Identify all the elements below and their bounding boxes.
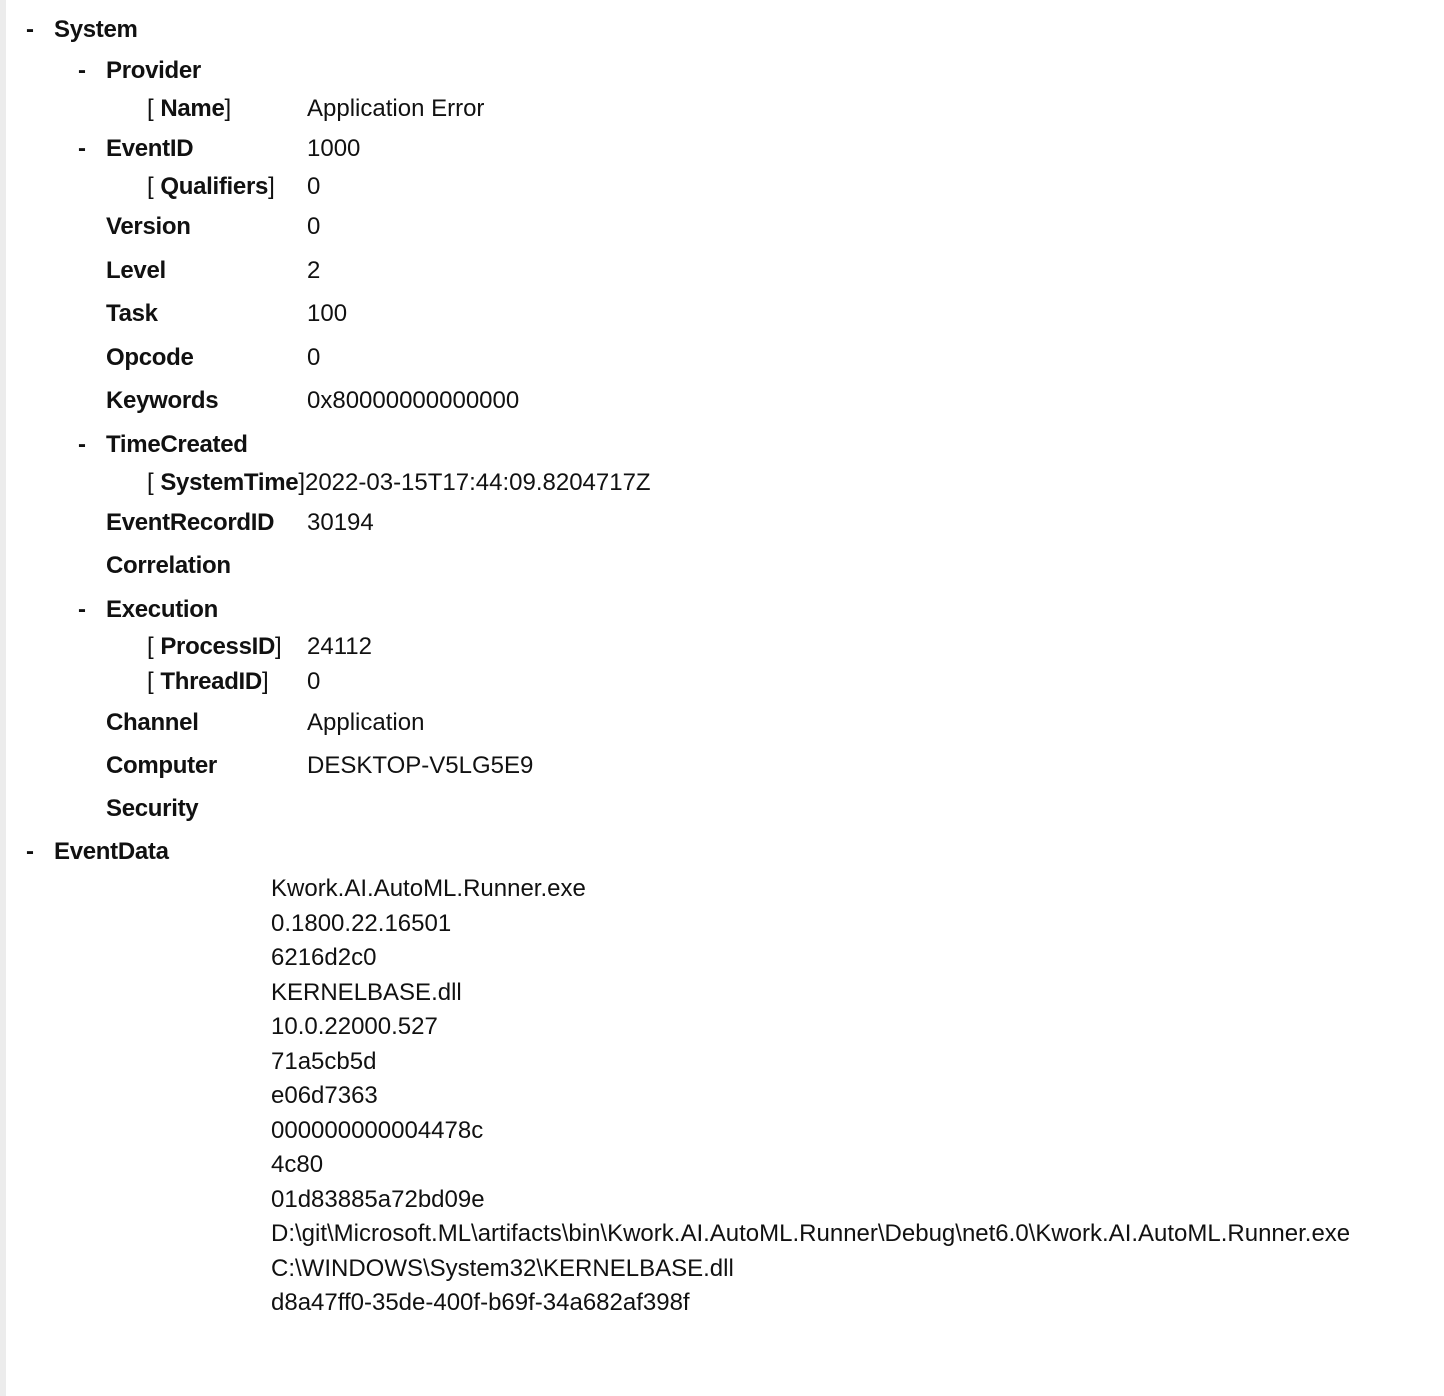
node-label: TimeCreated [106,430,248,460]
bracket-close: ] [262,668,269,695]
attr-label: SystemTime [160,469,298,496]
attr-value: 0 [307,172,320,202]
node-label: Version [106,212,191,242]
attr-label: ThreadID [160,668,262,695]
eventdata-value: 10.0.22000.527 [271,1012,438,1042]
eventdata-value: 0.1800.22.16501 [271,909,451,939]
node-label: EventRecordID [106,508,274,538]
bracket-open: [ [147,173,160,200]
node-label: Correlation [106,551,231,581]
collapse-toggle[interactable]: - [78,134,86,164]
node-value: Application [307,708,424,738]
node-value: DESKTOP-V5LG5E9 [307,751,533,781]
eventdata-value: KERNELBASE.dll [271,978,462,1008]
attr-value: Application Error [307,94,484,124]
left-border [0,0,6,1396]
node-label: System [54,15,138,45]
eventdata-value: 71a5cb5d [271,1047,376,1077]
node-label: Computer [106,751,217,781]
collapse-toggle[interactable]: - [26,15,34,45]
node-label: EventData [54,837,169,867]
bracket-close: ] [298,469,305,496]
node-label: Channel [106,708,199,738]
attr-value: 0 [307,667,320,697]
bracket-close: ] [268,173,275,200]
node-label: Execution [106,595,218,625]
attr-value: 24112 [307,632,372,662]
attr-label: Qualifiers [160,173,268,200]
node-label: Opcode [106,343,194,373]
node-label: Security [106,794,198,824]
attr-label: ProcessID [160,633,275,660]
node-label: Level [106,256,166,286]
node-label: EventID [106,134,193,164]
node-value: 100 [307,299,347,329]
bracket-close: ] [225,95,232,122]
node-value: 0x80000000000000 [307,386,519,416]
collapse-toggle[interactable]: - [78,430,86,460]
node-value: 0 [307,343,320,373]
node-value: 30194 [307,508,374,538]
eventdata-value: D:\git\Microsoft.ML\artifacts\bin\Kwork.… [271,1219,1350,1249]
eventdata-value: e06d7363 [271,1081,378,1111]
node-label: Provider [106,56,201,86]
bracket-open: [ [147,95,160,122]
bracket-open: [ [147,469,160,496]
node-value: 1000 [307,134,360,164]
collapse-toggle[interactable]: - [78,56,86,86]
node-label: Task [106,299,158,329]
eventdata-value: 01d83885a72bd09e [271,1185,485,1215]
node-value: 0 [307,212,320,242]
bracket-open: [ [147,633,160,660]
collapse-toggle[interactable]: - [26,837,34,867]
eventdata-value: C:\WINDOWS\System32\KERNELBASE.dll [271,1254,734,1284]
collapse-toggle[interactable]: - [78,595,86,625]
attr-value: 2022-03-15T17:44:09.8204717Z [305,469,651,496]
eventdata-value: 000000000004478c [271,1116,483,1146]
eventdata-value: 6216d2c0 [271,943,376,973]
bracket-open: [ [147,668,160,695]
eventdata-value: d8a47ff0-35de-400f-b69f-34a682af398f [271,1288,690,1318]
node-value: 2 [307,256,320,286]
eventdata-value: Kwork.AI.AutoML.Runner.exe [271,874,586,904]
eventdata-value: 4c80 [271,1150,323,1180]
node-label: Keywords [106,386,218,416]
bracket-close: ] [275,633,282,660]
attr-label: Name [160,95,224,122]
